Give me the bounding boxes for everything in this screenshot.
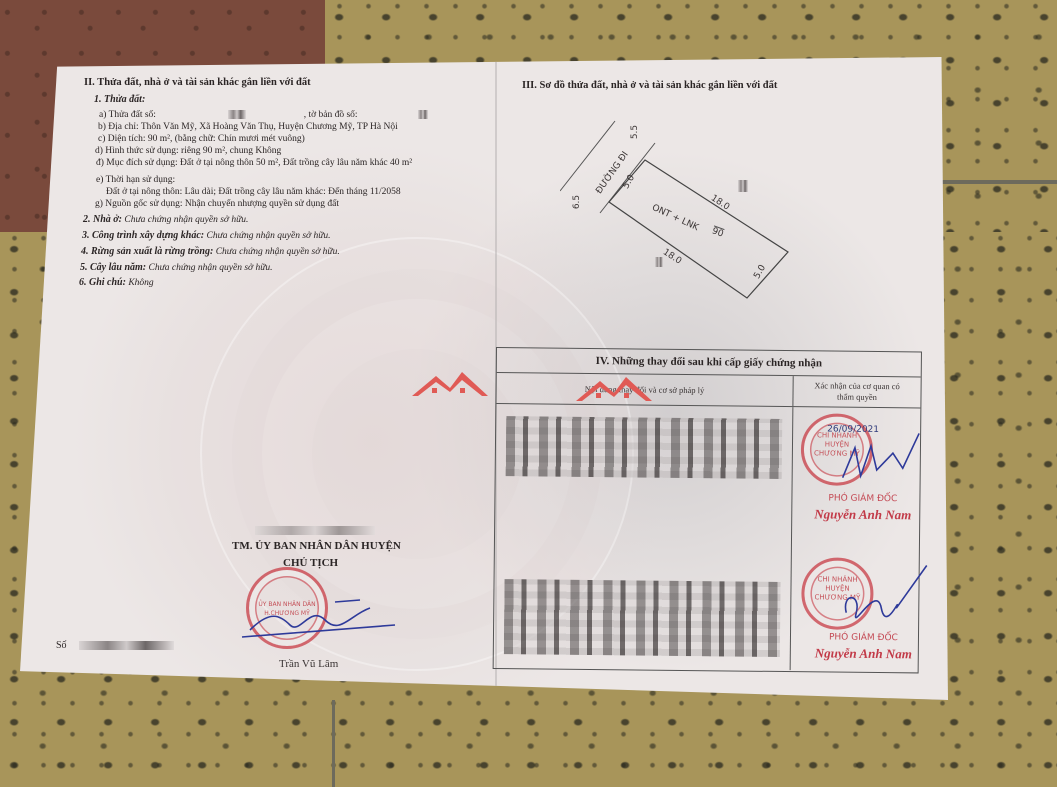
entry-2-signer: Nguyễn Anh Nam: [815, 647, 912, 659]
item-value: Chưa chứng nhận quyền sở hữu.: [149, 263, 273, 273]
serial-number: Số: [56, 640, 174, 651]
item-value: Chưa chứng nhận quyền sở hữu.: [124, 215, 248, 225]
item-label: 3. Công trình xây dựng khác:: [82, 230, 204, 241]
house-roof-logo-icon: [574, 373, 654, 403]
serial-label: Số: [56, 640, 67, 651]
item-house: 2. Nhà ở: Chưa chứng nhận quyền sở hữu.: [83, 214, 248, 225]
confirm-cell: CHI NHÁNH HUYỆN CHƯƠNG MỸ 26/09/2021 PHÓ…: [791, 407, 921, 671]
section-3-title: III. Sơ đồ thửa đất, nhà ở và tài sản kh…: [522, 80, 777, 91]
road-width-top: 5.5: [630, 125, 640, 139]
item-label: 4. Rừng sản xuất là rừng trồng:: [81, 246, 213, 257]
entry-1-signer: Nguyễn Anh Nam: [814, 508, 911, 520]
redacted-serial: [79, 641, 174, 650]
land-address: b) Địa chỉ: Thôn Văn Mỹ, Xã Hoàng Văn Th…: [98, 122, 398, 132]
land-origin: g) Nguồn gốc sử dụng: Nhận chuyển nhượng…: [95, 199, 339, 209]
plot-outline: [560, 105, 820, 305]
signature-scribble-left: [240, 590, 400, 640]
redacted-parcel-number: [228, 110, 246, 119]
road-width-bottom: 6.5: [572, 195, 582, 209]
land-use-term: e) Thời hạn sử dụng:: [96, 175, 175, 185]
table-body: CHI NHÁNH HUYỆN CHƯƠNG MỸ 26/09/2021 PHÓ…: [494, 404, 921, 671]
tile-grout: [935, 180, 1057, 184]
parcel-number-label: a) Thửa đất số:: [99, 110, 156, 120]
item-label: 6. Ghi chú:: [79, 277, 126, 288]
changes-content-cell: [494, 404, 794, 670]
house-roof-logo-icon: [410, 368, 490, 398]
redacted-date: [255, 526, 375, 535]
item-other-construction: 3. Công trình xây dựng khác: Chưa chứng …: [82, 230, 331, 241]
item-value: Chưa chứng nhận quyền sở hữu.: [207, 231, 331, 241]
redacted-sign-date: [255, 521, 375, 539]
redacted-neighbor: [738, 180, 748, 192]
land-plot-diagram: ĐƯỜNG ĐI 5.5 6.5 5.0 18.0 18.0 5.0 ONT +…: [560, 105, 820, 305]
signature-scribble-2: [831, 563, 932, 624]
item-perennial-trees: 5. Cây lâu năm: Chưa chứng nhận quyền sở…: [80, 262, 273, 273]
changes-table: IV. Những thay đổi sau khi cấp giấy chứn…: [493, 347, 922, 673]
item-value: Không: [128, 278, 153, 288]
land-use-form: d) Hình thức sử dụng: riêng 90 m², chung…: [95, 146, 281, 156]
signature-scribble-1: [833, 428, 924, 489]
entry-1-role: PHÓ GIÁM ĐỐC: [828, 493, 897, 505]
table-header: Nội dung thay đổi và cơ sở pháp lý Xác n…: [496, 373, 920, 408]
land-heading: 1. Thửa đất:: [94, 94, 145, 105]
header-confirm: Xác nhận của cơ quan có thẩm quyền: [793, 376, 920, 407]
signer-organization: TM. ỦY BAN NHÂN DÂN HUYỆN: [232, 540, 401, 552]
item-value: Chưa chứng nhận quyền sở hữu.: [216, 247, 340, 257]
land-use-term-detail: Đất ở tại nông thôn: Lâu dài; Đất trồng …: [106, 187, 401, 197]
section-2-title: II. Thửa đất, nhà ở và tài sản khác gắn …: [84, 77, 311, 88]
item-planted-forest: 4. Rừng sản xuất là rừng trồng: Chưa chứ…: [81, 246, 340, 257]
redacted-map-sheet: [418, 110, 428, 119]
item-label: 5. Cây lâu năm:: [80, 262, 146, 273]
map-sheet-label: , tờ bản đồ số:: [304, 110, 358, 120]
signer-name: Trần Vũ Lâm: [279, 658, 338, 670]
redacted-neighbor: [655, 257, 663, 267]
entry-2-role: PHÓ GIÁM ĐỐC: [829, 633, 898, 645]
tile-grout: [332, 700, 335, 787]
land-parcel-number: a) Thửa đất số: , tờ bản đồ số:: [99, 110, 428, 120]
land-use-purpose: đ) Mục đích sử dụng: Đất ở tại nông thôn…: [96, 158, 412, 168]
item-notes: 6. Ghi chú: Không: [79, 277, 154, 288]
land-area: c) Diện tích: 90 m², (bằng chữ: Chín mươ…: [98, 134, 305, 144]
pixelated-entry-1: [506, 416, 783, 479]
item-label: 2. Nhà ở:: [83, 214, 122, 225]
pixelated-entry-2: [504, 579, 781, 657]
